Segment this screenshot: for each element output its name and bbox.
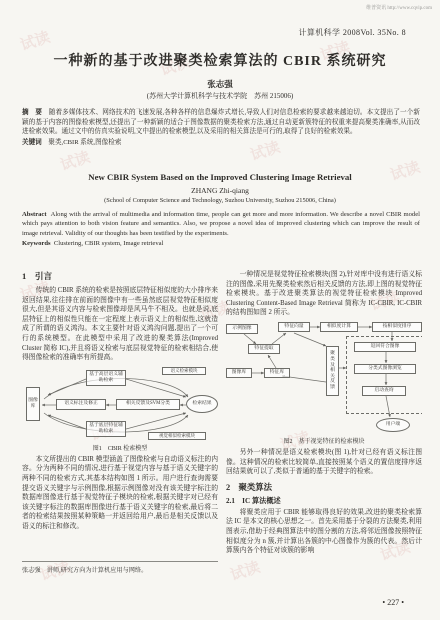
affiliation-en: (School of Computer Science and Technolo… (0, 197, 440, 204)
ic-overview-paragraph: 将聚类应用于 CBIR 能够取得良好的效果,改进的聚类检索算法 IC 是本文的核… (226, 508, 422, 556)
intro-paragraph-2: 本文所提出的 CBIR 模型涵盖了图像检索与自动语义标注的内容。分为两种不同的情… (22, 455, 218, 532)
abstract-en: Abstract Along with the arrival of multi… (22, 210, 420, 248)
right-column: 一种情况是视觉特征检索模块(图 2),针对库中没有进行语义标注的图像,采用先聚类… (226, 270, 422, 592)
paper-title-cn: 一种新的基于改进聚类检索算法的 CBIR 系统研究 (0, 50, 440, 70)
section-2-heading: 2 聚类算法 (226, 481, 422, 493)
fig2-sort-box: 按相似度排序 (372, 322, 422, 332)
visual-module-paragraph: 一种情况是视觉特征检索模块(图 2),针对库中没有进行语义标注的图像,采用先聚类… (226, 270, 422, 318)
abstract-en-text: Abstract Along with the arrival of multi… (22, 210, 420, 238)
paper-title-en: New CBIR System Based on the Improved Cl… (0, 172, 440, 182)
fig1-semantic-module-tag: 语义检索模块 (162, 367, 206, 375)
fig1-feedback-svm-box: 相关反馈及SVM分类 (116, 399, 180, 410)
figure-2-caption: 图2 基于视觉特征的检索模块 (226, 436, 422, 445)
figure-2-diagram: 示例图像 特征向量 特征提取 图像库 特征库 相似度计算 按相似度排序 返回符合… (226, 322, 422, 434)
abstract-cn: 摘 要 随着多媒体技术、网络技术的飞速发展,各种各样的信息爆炸式增长,导致人们对… (22, 108, 420, 147)
fig2-return-images-box: 返回符合图像 (354, 342, 416, 352)
abstract-cn-text: 摘 要 随着多媒体技术、网络技术的飞速发展,各种各样的信息爆炸式增长,导致人们对… (22, 108, 420, 137)
fig1-semantic-assist-box: 基于高层语义辅助检索 (86, 370, 126, 386)
abstract-en-body: Along with the arrival of multimedia and… (22, 211, 420, 237)
fig2-image-db-box: 图像库 (226, 368, 252, 378)
fig2-user-ellipse: 用户端 (376, 418, 410, 432)
keywords-en: Clustering, CBIR system, Image retrieval (54, 240, 164, 247)
section-2-1-heading: 2.1 IC 算法概述 (226, 496, 422, 506)
fig2-feature-vector-box: 特征向量 (278, 322, 310, 332)
fig2-init-query-box: 启动查询 (362, 386, 406, 396)
page-number: • 227 • (382, 598, 404, 607)
keywords-en-label: Keywords (22, 240, 51, 247)
section-1-heading: 1 引言 (22, 270, 218, 282)
author-footnote: 张志强 讲师,研究方向为计算机应用与网络。 (22, 561, 218, 574)
keywords-cn: 聚类,CBIR 系统,图像检索 (48, 139, 121, 146)
scanned-paper-page: 试读 试读 试读 试读 试读 试读 试读 试读 试读 试读 试读 试读 试读 试… (0, 0, 440, 620)
keywords-en-line: Keywords Clustering, CBIR system, Image … (22, 239, 420, 248)
author-en: ZHANG Zhi-qiang (0, 186, 440, 195)
abstract-en-label: Abstract (22, 211, 47, 218)
fig1-image-db-box: 图像库 (26, 387, 40, 421)
intro-paragraph-1: 传统的 CBIR 系统的检索是按照底层特征相似度的大小排序来返回结果,往往排在前… (22, 286, 218, 363)
abstract-cn-label: 摘 要 (22, 109, 42, 116)
figure-1-diagram: 图像库 基于高层语义辅助检索 语义标注及修正 相关反馈及SVM分类 检索结果 基… (22, 367, 218, 441)
figure-1-caption: 图1 CBIR 检索模型 (22, 443, 218, 452)
keywords-cn-label: 关键词 (22, 139, 42, 146)
abstract-cn-body: 随着多媒体技术、网络技术的飞速发展,各种各样的信息爆炸式增长,导致人们对信息检索… (22, 109, 420, 135)
keywords-cn-line: 关键词 聚类,CBIR 系统,图像检索 (22, 138, 420, 148)
semantic-module-paragraph: 另外一种情况是语义检索模块(图 1),针对已经有语义标注图像。这种情况的检索比较… (226, 448, 422, 477)
fig1-result-ellipse: 检索结果 (186, 395, 218, 413)
fig1-annotation-box: 语义标注及修正 (56, 399, 106, 410)
scan-source-note: 维普资讯 http://www.cqvip.com (366, 4, 432, 11)
fig2-feature-extract-box: 特征提取 (248, 344, 280, 354)
fig2-cluster-feedback-box: 聚类及相关反馈 (326, 346, 339, 396)
journal-header: 计算机科学 2008Vol. 35No. 8 (298, 27, 406, 38)
fig1-feature-assist-box: 基于底层特征辅助检索 (86, 421, 126, 437)
fig2-example-image-box: 示例图像 (226, 324, 258, 334)
fig2-feature-db-box: 特征库 (264, 368, 290, 378)
affiliation-cn: (苏州大学计算机科学与技术学院 苏州 215006) (0, 91, 440, 101)
author-cn: 张志强 (0, 78, 440, 90)
fig2-similarity-box: 相似度计算 (320, 322, 358, 332)
left-column: 1 引言 传统的 CBIR 系统的检索是按照底层特征相似度的大小排序来返回结果,… (22, 270, 218, 558)
fig1-visual-module-tag: 视觉相似检索模块 (148, 432, 206, 440)
watermark: 试读 (57, 146, 92, 175)
fig2-browse-box: 分类式图像浏览 (354, 364, 416, 374)
